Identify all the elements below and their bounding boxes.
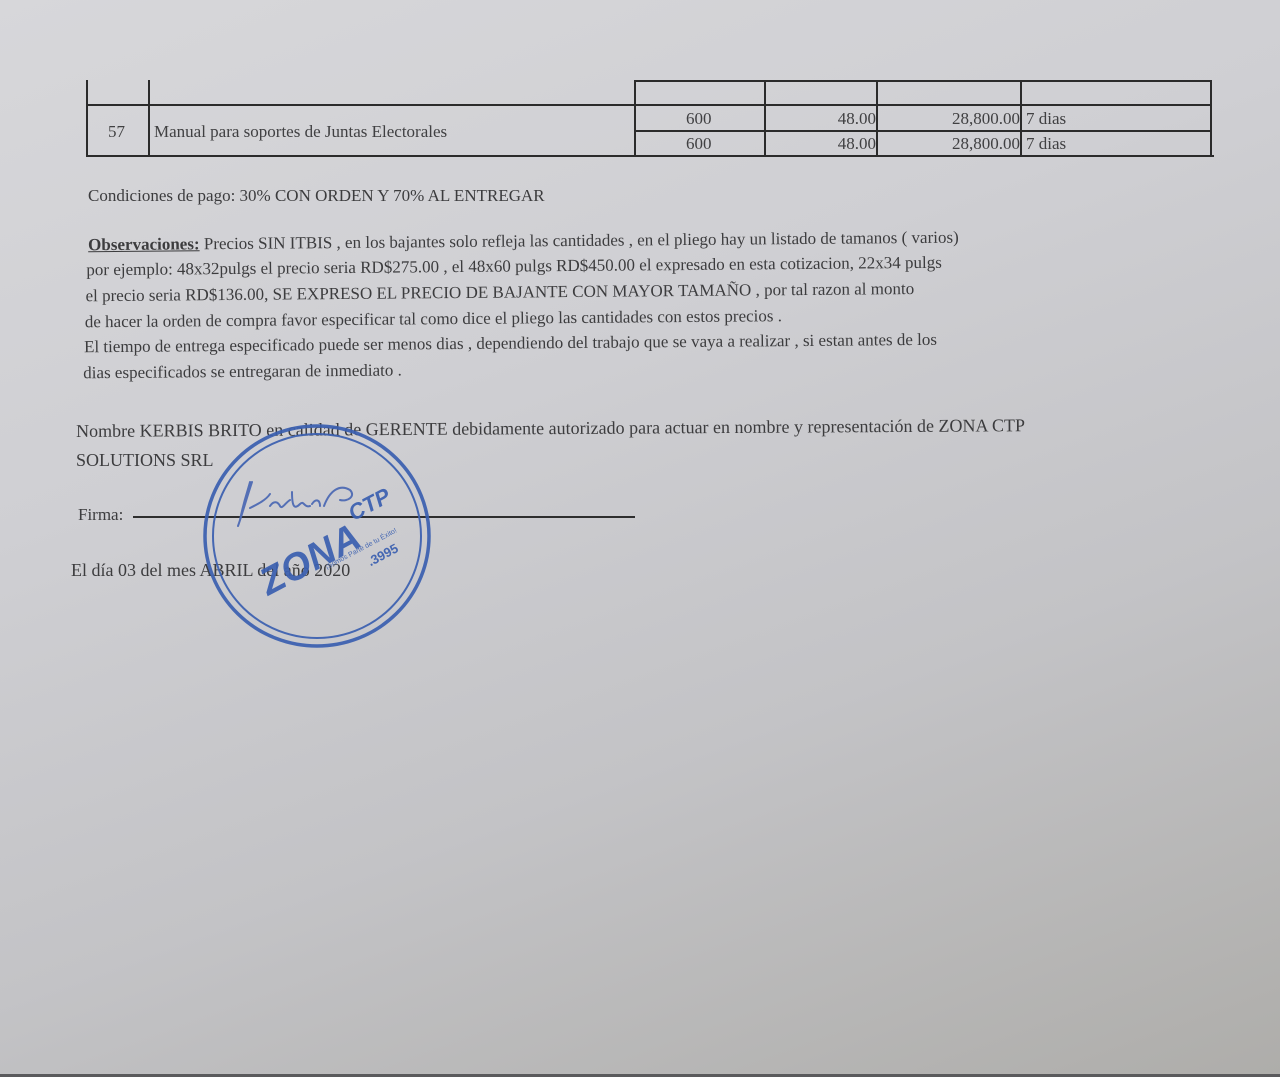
observations-line-6: dias especificados se entregaran de inme… [83, 361, 402, 384]
svg-text:.3995: .3995 [365, 541, 401, 570]
delivery-time: 7 dias [1026, 109, 1066, 129]
line-total: 28,800.00 [952, 134, 1020, 154]
quantity: 600 [686, 134, 712, 154]
unit-price: 48.00 [838, 134, 876, 154]
item-number: 57 [108, 122, 125, 142]
date-line: El día 03 del mes ABRIL del año 2020 [71, 560, 350, 581]
payment-terms: Condiciones de pago: 30% CON ORDEN Y 70%… [88, 186, 545, 206]
document-page: 57 Manual para soportes de Juntas Electo… [0, 0, 1280, 1077]
observations-line-2: por ejemplo: 48x32pulgs el precio seria … [86, 253, 942, 280]
observations-label: Observaciones: [88, 234, 200, 254]
item-description: Manual para soportes de Juntas Electoral… [154, 122, 447, 142]
svg-text:CTP: CTP [344, 483, 395, 526]
observations-text: Precios SIN ITBIS , en los bajantes solo… [199, 228, 958, 254]
signatory-line-2: SOLUTIONS SRL [76, 450, 214, 471]
observations-line-5: El tiempo de entrega especificado puede … [84, 330, 937, 357]
delivery-time: 7 dias [1026, 134, 1066, 154]
observations-line-4: de hacer la orden de compra favor especi… [85, 306, 782, 332]
observations-line-3: el precio seria RD$136.00, SE EXPRESO EL… [86, 279, 915, 306]
quantity: 600 [686, 109, 712, 129]
signatory-line-1: Nombre KERBIS BRITO en calidad de GERENT… [76, 415, 1025, 442]
unit-price: 48.00 [838, 109, 876, 129]
observations-line-1: Observaciones: Precios SIN ITBIS , en lo… [88, 228, 959, 256]
company-stamp: ZONA CTP ¡Somos Parte de tu Éxito! .3995 [200, 420, 434, 652]
line-total: 28,800.00 [952, 109, 1020, 129]
signature-line [133, 516, 635, 518]
signature-label: Firma: [78, 505, 123, 525]
quotation-table: 57 Manual para soportes de Juntas Electo… [86, 80, 1214, 157]
